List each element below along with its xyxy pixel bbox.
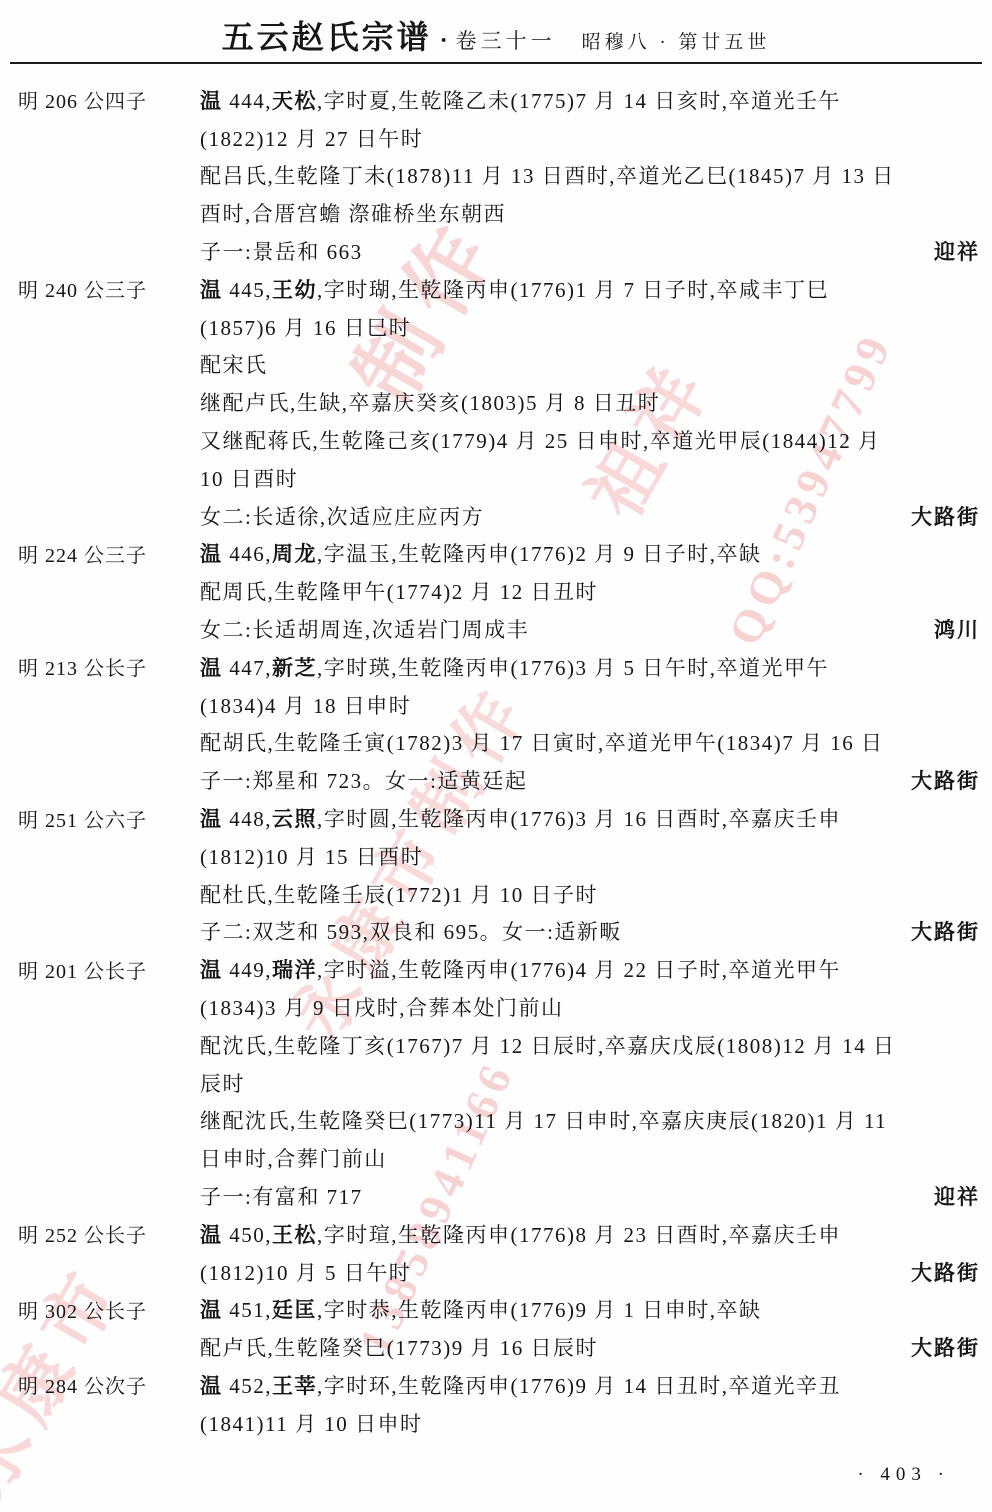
entry-row: (1834)3 月 9 日戌时,合葬本处门前山 (0, 988, 992, 1026)
surname: 温 (200, 1374, 223, 1398)
residence-label: 迎祥 (934, 236, 992, 266)
detail-line: (1857)6 月 16 日巳时 (200, 312, 980, 342)
detail-line: 配吕氏,生乾隆丁未(1878)11 月 13 日酉时,卒道光乙巳(1845)7 … (200, 160, 980, 190)
surname: 温 (200, 278, 223, 302)
generation-label: 明 224 公三子 (0, 539, 200, 568)
given-name: 廷匡 (272, 1298, 317, 1322)
detail-line: 配杜氏,生乾隆壬辰(1772)1 月 10 日子时 (200, 879, 980, 909)
title-separator-dot: · (440, 28, 448, 54)
residence-label: 鸿川 (934, 614, 992, 644)
entry-row: 日申时,合葬门前山 (0, 1139, 992, 1177)
detail-line: (1834)3 月 9 日戌时,合葬本处门前山 (200, 992, 980, 1022)
generation-label: 明 302 公长子 (0, 1295, 200, 1324)
generation-label: 明 206 公四子 (0, 85, 200, 114)
detail-line: 子一:郑星和 723。女一:适黄廷起 (200, 765, 911, 795)
entry-row: 明 251 公六子温 448,云照,字时圆,生乾隆丙申(1776)3 月 16 … (0, 799, 992, 837)
entry-row: (1822)12 月 27 日午时 (0, 119, 992, 157)
entry-row: 配胡氏,生乾隆壬寅(1782)3 月 17 日寅时,卒道光甲午(1834)7 月… (0, 724, 992, 762)
entry-row: 配吕氏,生乾隆丁未(1878)11 月 13 日酉时,卒道光乙巳(1845)7 … (0, 157, 992, 195)
entry-row: (1812)10 月 5 日午时大路街 (0, 1253, 992, 1291)
residence-label: 大路街 (911, 1257, 992, 1287)
entry-row: 继配卢氏,生缺,卒嘉庆癸亥(1803)5 月 8 日丑时 (0, 383, 992, 421)
detail-line: (1841)11 月 10 日申时 (200, 1408, 980, 1438)
residence-label: 大路街 (911, 501, 992, 531)
person-line: 温 448,云照,字时圆,生乾隆丙申(1776)3 月 16 日酉时,卒嘉庆壬申 (200, 803, 980, 833)
surname: 温 (200, 542, 223, 566)
entry-row: 女二:长适胡周连,次适岩门周成丰鸿川 (0, 610, 992, 648)
detail-line: (1834)4 月 18 日申时 (200, 690, 980, 720)
residence-label: 大路街 (911, 1332, 992, 1362)
entry-row: 明 206 公四子温 444,天松,字时夏,生乾隆乙未(1775)7 月 14 … (0, 81, 992, 119)
entry-row: 明 201 公长子温 449,瑞洋,字时溢,生乾隆丙申(1776)4 月 22 … (0, 950, 992, 988)
entry-list: 明 206 公四子温 444,天松,字时夏,生乾隆乙未(1775)7 月 14 … (0, 81, 992, 1442)
entry-row: 又继配蒋氏,生乾隆己亥(1779)4 月 25 日申时,卒道光甲辰(1844)1… (0, 421, 992, 459)
given-name: 瑞洋 (272, 958, 317, 982)
detail-line: 配卢氏,生乾隆癸巳(1773)9 月 16 日辰时 (200, 1332, 911, 1362)
entry-row: 明 213 公长子温 447,新芝,字时瑛,生乾隆丙申(1776)3 月 5 日… (0, 648, 992, 686)
person-line: 温 444,天松,字时夏,生乾隆乙未(1775)7 月 14 日亥时,卒道光壬午 (200, 85, 980, 115)
given-name: 王莘 (272, 1374, 317, 1398)
genealogy-page: 制作祖祥QQ:53947799永康市制作13858941166永康市 五云赵氏宗… (0, 0, 992, 1512)
header-divider (10, 62, 982, 64)
detail-line: 10 日酉时 (200, 463, 980, 493)
surname: 温 (200, 89, 223, 113)
generation-label: 明 213 公长子 (0, 652, 200, 681)
entry-row: (1857)6 月 16 日巳时 (0, 308, 992, 346)
detail-line: 继配卢氏,生缺,卒嘉庆癸亥(1803)5 月 8 日丑时 (200, 387, 980, 417)
person-line: 温 445,王幼,字时瑚,生乾隆丙申(1776)1 月 7 日子时,卒咸丰丁巳 (200, 274, 980, 304)
entry-row: 继配沈氏,生乾隆癸巳(1773)11 月 17 日申时,卒嘉庆庚辰(1820)1… (0, 1102, 992, 1140)
given-name: 天松 (272, 89, 317, 113)
entry-row: 明 284 公次子温 452,王莘,字时环,生乾隆丙申(1776)9 月 14 … (0, 1366, 992, 1404)
entry-row: (1834)4 月 18 日申时 (0, 686, 992, 724)
section-label: 昭穆八 · 第廿五世 (582, 32, 771, 53)
generation-label: 明 201 公长子 (0, 955, 200, 984)
detail-line: 子一:有富和 717 (200, 1181, 934, 1211)
given-name: 王松 (272, 1223, 317, 1247)
generation-label: 明 251 公六子 (0, 804, 200, 833)
entry-row: 明 302 公长子温 451,廷匡,字时恭,生乾隆丙申(1776)9 月 1 日… (0, 1291, 992, 1329)
entry-row: 10 日酉时 (0, 459, 992, 497)
detail-line: 配沈氏,生乾隆丁亥(1767)7 月 12 日辰时,卒嘉庆戊辰(1808)12 … (200, 1030, 980, 1060)
surname: 温 (200, 656, 223, 680)
entry-row: 子一:有富和 717迎祥 (0, 1177, 992, 1215)
detail-line: 配胡氏,生乾隆壬寅(1782)3 月 17 日寅时,卒道光甲午(1834)7 月… (200, 727, 980, 757)
person-line: 温 451,廷匡,字时恭,生乾隆丙申(1776)9 月 1 日申时,卒缺 (200, 1294, 980, 1324)
given-name: 王幼 (272, 278, 317, 302)
residence-label: 大路街 (911, 765, 992, 795)
volume-label: 卷三十一 (456, 29, 556, 53)
surname: 温 (200, 1298, 223, 1322)
entry-row: 辰时 (0, 1064, 992, 1102)
entry-row: 子一:郑星和 723。女一:适黄廷起大路街 (0, 761, 992, 799)
book-title: 五云赵氏宗谱 (222, 19, 432, 55)
entry-row: 明 252 公长子温 450,王松,字时瑄,生乾隆丙申(1776)8 月 23 … (0, 1215, 992, 1253)
detail-line: 子二:双芝和 593,双良和 695。女一:适新畈 (200, 916, 911, 946)
generation-label: 明 240 公三子 (0, 274, 200, 303)
surname: 温 (200, 1223, 223, 1247)
person-line: 温 450,王松,字时瑄,生乾隆丙申(1776)8 月 23 日酉时,卒嘉庆壬申 (200, 1219, 980, 1249)
detail-line: 配宋氏 (200, 349, 980, 379)
detail-line: (1812)10 月 5 日午时 (200, 1257, 911, 1287)
detail-line: 女二:长适徐,次适应庄应丙方 (200, 501, 911, 531)
entry-row: 女二:长适徐,次适应庄应丙方大路街 (0, 497, 992, 535)
given-name: 新芝 (272, 656, 317, 680)
generation-label: 明 284 公次子 (0, 1370, 200, 1399)
generation-label: 明 252 公长子 (0, 1219, 200, 1248)
detail-line: 配周氏,生乾隆甲午(1774)2 月 12 日丑时 (200, 576, 980, 606)
page-number: · 403 · (857, 1464, 950, 1486)
person-line: 温 452,王莘,字时环,生乾隆丙申(1776)9 月 14 日丑时,卒道光辛丑 (200, 1370, 980, 1400)
surname: 温 (200, 958, 223, 982)
person-line: 温 447,新芝,字时瑛,生乾隆丙申(1776)3 月 5 日午时,卒道光甲午 (200, 652, 980, 682)
entry-row: 酉时,合厝宫蟾 漈碓桥坐东朝西 (0, 194, 992, 232)
given-name: 云照 (272, 807, 317, 831)
entry-row: 明 240 公三子温 445,王幼,字时瑚,生乾隆丙申(1776)1 月 7 日… (0, 270, 992, 308)
person-line: 温 446,周龙,字温玉,生乾隆丙申(1776)2 月 9 日子时,卒缺 (200, 538, 980, 568)
detail-line: (1812)10 月 15 日酉时 (200, 841, 980, 871)
surname: 温 (200, 807, 223, 831)
entry-row: 子一:景岳和 663迎祥 (0, 232, 992, 270)
entry-row: 明 224 公三子温 446,周龙,字温玉,生乾隆丙申(1776)2 月 9 日… (0, 535, 992, 573)
entry-row: 配杜氏,生乾隆壬辰(1772)1 月 10 日子时 (0, 875, 992, 913)
detail-line: 酉时,合厝宫蟾 漈碓桥坐东朝西 (200, 198, 980, 228)
detail-line: 女二:长适胡周连,次适岩门周成丰 (200, 614, 934, 644)
residence-label: 大路街 (911, 916, 992, 946)
residence-label: 迎祥 (934, 1181, 992, 1211)
detail-line: 继配沈氏,生乾隆癸巳(1773)11 月 17 日申时,卒嘉庆庚辰(1820)1… (200, 1105, 980, 1135)
page-header: 五云赵氏宗谱·卷三十一昭穆八 · 第廿五世 (0, 12, 992, 58)
detail-line: (1822)12 月 27 日午时 (200, 123, 980, 153)
detail-line: 又继配蒋氏,生乾隆己亥(1779)4 月 25 日申时,卒道光甲辰(1844)1… (200, 425, 980, 455)
detail-line: 辰时 (200, 1068, 980, 1098)
entry-row: 配沈氏,生乾隆丁亥(1767)7 月 12 日辰时,卒嘉庆戊辰(1808)12 … (0, 1026, 992, 1064)
entry-row: (1841)11 月 10 日申时 (0, 1404, 992, 1442)
entry-row: (1812)10 月 15 日酉时 (0, 837, 992, 875)
given-name: 周龙 (272, 542, 317, 566)
entry-row: 子二:双芝和 593,双良和 695。女一:适新畈大路街 (0, 913, 992, 951)
detail-line: 日申时,合葬门前山 (200, 1143, 980, 1173)
person-line: 温 449,瑞洋,字时溢,生乾隆丙申(1776)4 月 22 日子时,卒道光甲午 (200, 954, 980, 984)
entry-row: 配卢氏,生乾隆癸巳(1773)9 月 16 日辰时大路街 (0, 1328, 992, 1366)
entry-row: 配宋氏 (0, 346, 992, 384)
entry-row: 配周氏,生乾隆甲午(1774)2 月 12 日丑时 (0, 572, 992, 610)
detail-line: 子一:景岳和 663 (200, 236, 934, 266)
